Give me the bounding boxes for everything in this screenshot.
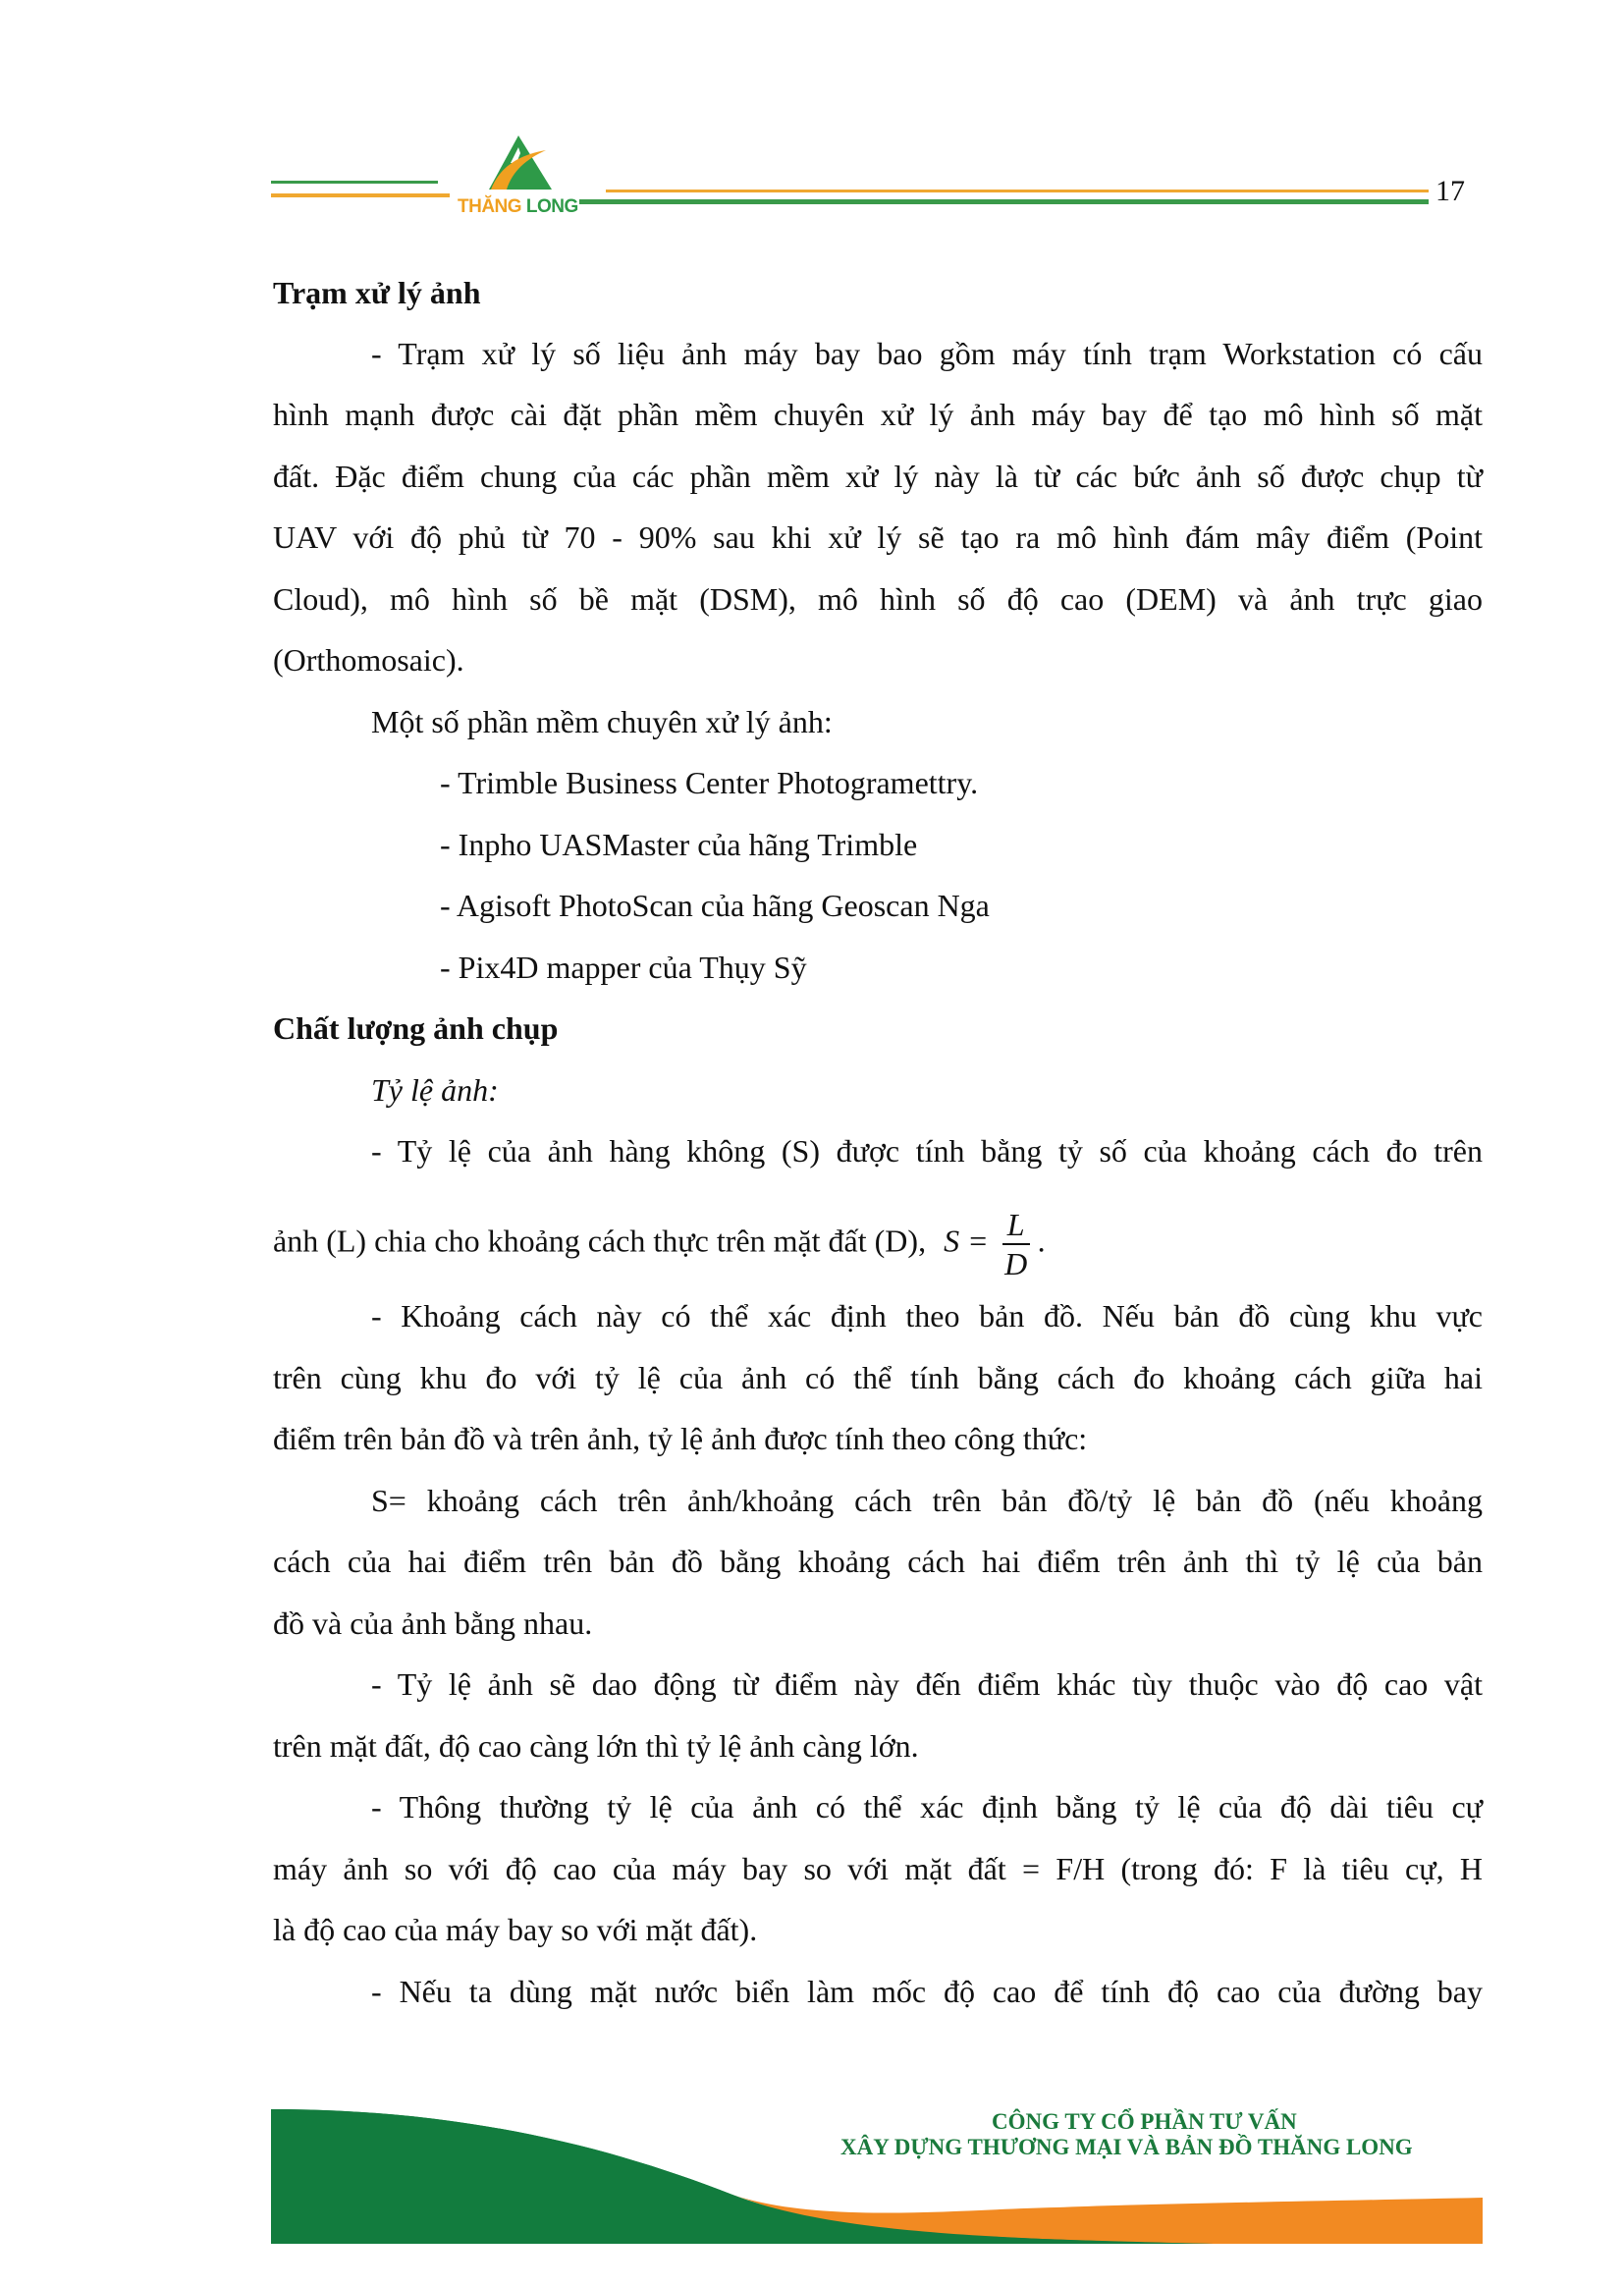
software-list-item: - Inpho UASMaster của hãng Trimble [440, 825, 1483, 864]
paragraph-line: máy ảnh so với độ cao của máy bay so với… [273, 1849, 1483, 1888]
logo-wordmark-long: LONG [526, 196, 578, 217]
formula-lhs: S = [944, 1223, 989, 1258]
paragraph-line: hình mạnh được cài đặt phần mềm chuyên x… [273, 395, 1483, 434]
paragraph-line: - Khoảng cách này có thể xác định theo b… [371, 1296, 1483, 1335]
software-list-item: - Trimble Business Center Photogramettry… [440, 763, 1483, 802]
formula-denominator: D [1002, 1247, 1030, 1280]
company-name-line1: CÔNG TY CỔ PHẦN TƯ VẤN [992, 2109, 1297, 2135]
software-intro: Một số phần mềm chuyên xử lý ảnh: [371, 702, 1483, 741]
formula-numerator: L [1002, 1208, 1030, 1241]
section-heading-image-quality: Chất lượng ảnh chụp [273, 1008, 1483, 1048]
footer-wave-banner [271, 2101, 1483, 2244]
paragraph-line: - Tỷ lệ của ảnh hàng không (S) được tính… [371, 1131, 1483, 1170]
paragraph-line: đất. Đặc điểm chung của các phần mềm xử … [273, 457, 1483, 496]
paragraph-line: Cloud), mô hình số bề mặt (DSM), mô hình… [273, 579, 1483, 619]
paragraph-line: - Trạm xử lý số liệu ảnh máy bay bao gồm… [371, 334, 1483, 373]
formula-end: . [1038, 1223, 1046, 1258]
logo-wordmark: THĂNG LONG [458, 196, 578, 218]
paragraph-line: S= khoảng cách trên ảnh/khoảng cách trên… [371, 1481, 1483, 1520]
paragraph-line: điểm trên bản đồ và trên ảnh, tỷ lệ ảnh … [273, 1419, 1483, 1458]
paragraph-line: cách của hai điểm trên bản đồ bằng khoản… [273, 1542, 1483, 1581]
section-heading-processing-station: Trạm xử lý ảnh [273, 273, 1483, 312]
scale-formula: S = L D . [944, 1208, 1046, 1280]
paragraph-line: - Tỷ lệ ảnh sẽ dao động từ điểm này đến … [371, 1664, 1483, 1704]
paragraph-line: là độ cao của máy bay so với mặt đất). [273, 1910, 1483, 1949]
paragraph-line: - Thông thường tỷ lệ của ảnh có thể xác … [371, 1787, 1483, 1826]
fraction-bar [1002, 1243, 1030, 1245]
document-page: THĂNG LONG 17 Trạm xử lý ảnh - Trạm xử l… [0, 0, 1624, 2286]
header-rule-left-green [271, 181, 438, 184]
paragraph-line-with-formula: ảnh (L) chia cho khoảng cách thực trên m… [273, 1208, 1483, 1280]
paragraph-line: - Nếu ta dùng mặt nước biển làm mốc độ c… [371, 1972, 1483, 2011]
logo-wordmark-thang: THĂNG [458, 196, 521, 217]
header-rule-right-green [579, 199, 1429, 204]
paragraph-text: ảnh (L) chia cho khoảng cách thực trên m… [273, 1223, 926, 1258]
paragraph-line: đồ và của ảnh bằng nhau. [273, 1604, 1483, 1643]
paragraph-line: trên mặt đất, độ cao càng lớn thì tỷ lệ … [273, 1726, 1483, 1766]
software-list-item: - Agisoft PhotoScan của hãng Geoscan Nga [440, 886, 1483, 925]
paragraph-line: trên cùng khu đo với tỷ lệ của ảnh có th… [273, 1358, 1483, 1397]
company-name-line2: XÂY DỰNG THƯƠNG MẠI VÀ BẢN ĐỒ THĂNG LONG [840, 2135, 1413, 2160]
paragraph-line: UAV với độ phủ từ 70 - 90% sau khi xử lý… [273, 517, 1483, 557]
subheading-image-scale: Tỷ lệ ảnh: [371, 1070, 1483, 1110]
software-list-item: - Pix4D mapper của Thụy Sỹ [440, 948, 1483, 987]
thang-long-logo-icon [481, 134, 560, 194]
formula-fraction: L D [1002, 1208, 1030, 1280]
header-rule-right-orange [606, 190, 1429, 192]
header-rule-left-orange [271, 193, 450, 197]
page-number: 17 [1435, 175, 1465, 208]
paragraph-line: (Orthomosaic). [273, 640, 1483, 680]
